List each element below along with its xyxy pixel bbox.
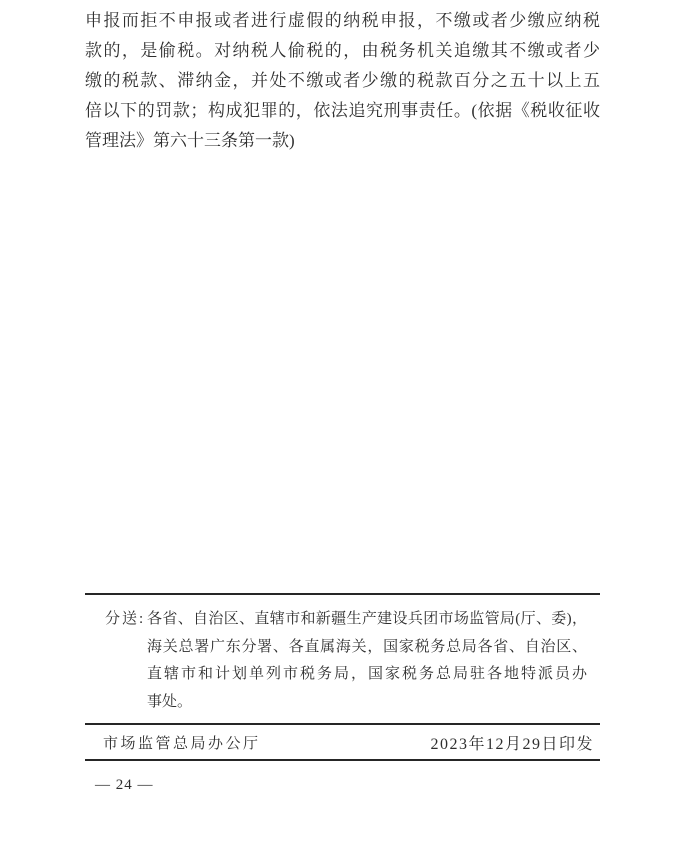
distribution-block: 分送: 各省、自治区、直辖市和新疆生产建设兵团市场监管局(厅、委)，海关总署广东… xyxy=(105,606,589,716)
distribution-text-line: 直辖市和计划单列市税务局，国家税务总局驻各地特派员办 xyxy=(147,661,587,689)
body-text-line: 缴的税款、滞纳金，并处不缴或者少缴的税款百分之五十以上五 xyxy=(85,66,600,96)
body-text-line: 申报而拒不申报或者进行虚假的纳税申报，不缴或者少缴应纳税 xyxy=(85,6,600,36)
document-page: 申报而拒不申报或者进行虚假的纳税申报，不缴或者少缴应纳税款的，是偷税。对纳税人偷… xyxy=(0,0,676,867)
distribution-text-line: 各省、自治区、直辖市和新疆生产建设兵团市场监管局(厅、委)， xyxy=(147,606,587,634)
print-date: 2023年12月29日印发 xyxy=(430,731,600,754)
footer-row: 市场监管总局办公厅 2023年12月29日印发 xyxy=(85,725,600,759)
distribution-text-line: 事处。 xyxy=(147,689,587,717)
divider-top xyxy=(85,593,600,595)
issuing-office: 市场监管总局办公厅 xyxy=(85,732,261,753)
body-text-line: 款的，是偷税。对纳税人偷税的，由税务机关追缴其不缴或者少 xyxy=(85,36,600,66)
body-text-line: 倍以下的罚款；构成犯罪的，依法追究刑事责任。(依据《税收征收 xyxy=(85,96,600,126)
divider-footer-bottom xyxy=(85,759,600,761)
distribution-lines: 各省、自治区、直辖市和新疆生产建设兵团市场监管局(厅、委)，海关总署广东分署、各… xyxy=(147,606,587,716)
distribution-text-line: 海关总署广东分署、各直属海关，国家税务总局各省、自治区、 xyxy=(147,634,587,662)
body-text-line: 管理法》第六十三条第一款) xyxy=(85,126,600,156)
page-number: — 24 — xyxy=(95,777,154,794)
distribution-label: 分送: xyxy=(105,606,145,634)
body-paragraph: 申报而拒不申报或者进行虚假的纳税申报，不缴或者少缴应纳税款的，是偷税。对纳税人偷… xyxy=(85,6,600,156)
